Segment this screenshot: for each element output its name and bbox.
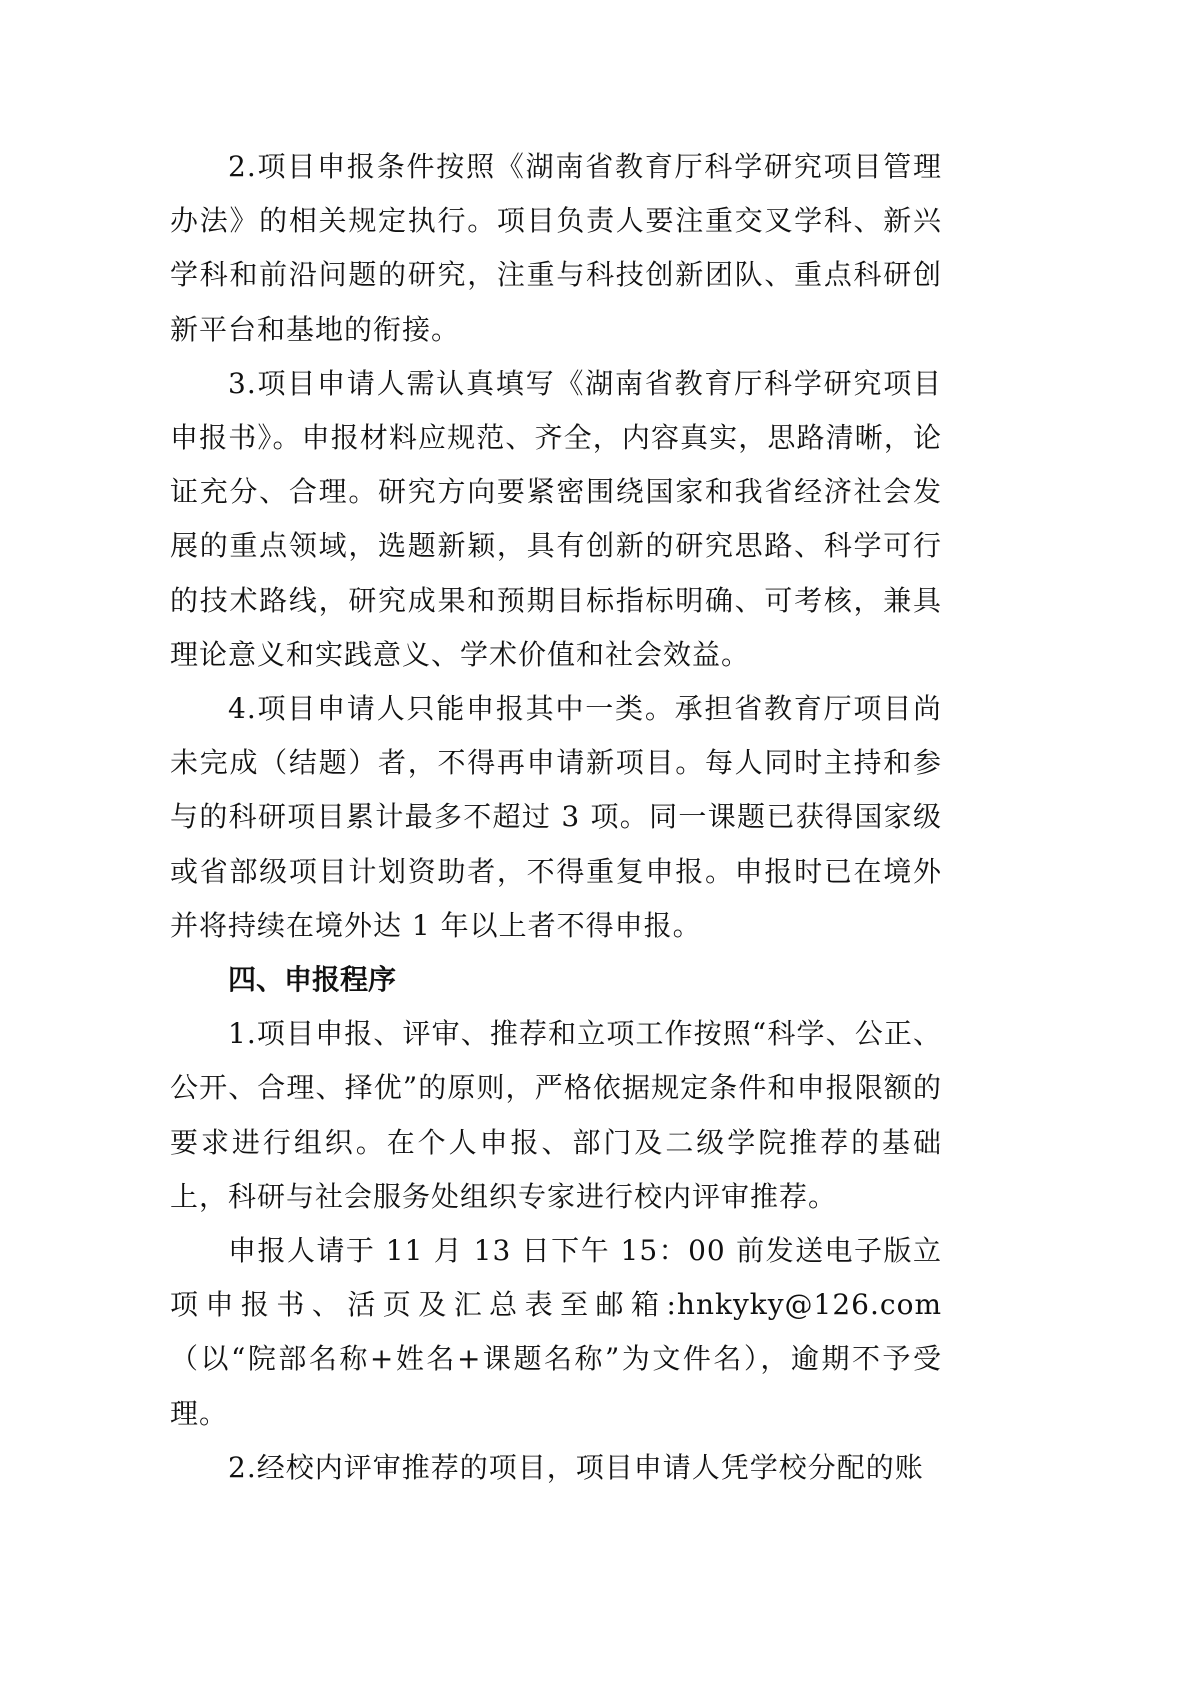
paragraph-procedure-1: 1.项目申报、评审、推荐和立项工作按照“科学、公正、公开、合理、择优”的原则，严… bbox=[170, 1007, 942, 1224]
paragraph-condition-4: 4.项目申请人只能申报其中一类。承担省教育厅项目尚未完成（结题）者，不得再申请新… bbox=[170, 682, 942, 953]
section-heading-procedure: 四、申报程序 bbox=[170, 953, 942, 1007]
paragraph-procedure-2: 2.经校内评审推荐的项目，项目申请人凭学校分配的账 bbox=[170, 1441, 942, 1495]
paragraph-condition-3: 3.项目申请人需认真填写《湖南省教育厅科学研究项目申报书》。申报材料应规范、齐全… bbox=[170, 357, 942, 682]
paragraph-condition-2: 2.项目申报条件按照《湖南省教育厅科学研究项目管理办法》的相关规定执行。项目负责… bbox=[170, 140, 942, 357]
paragraph-submission-deadline: 申报人请于 11 月 13 日下午 15：00 前发送电子版立项申报书、活页及汇… bbox=[170, 1224, 942, 1441]
document-page: 2.项目申报条件按照《湖南省教育厅科学研究项目管理办法》的相关规定执行。项目负责… bbox=[170, 140, 942, 1495]
